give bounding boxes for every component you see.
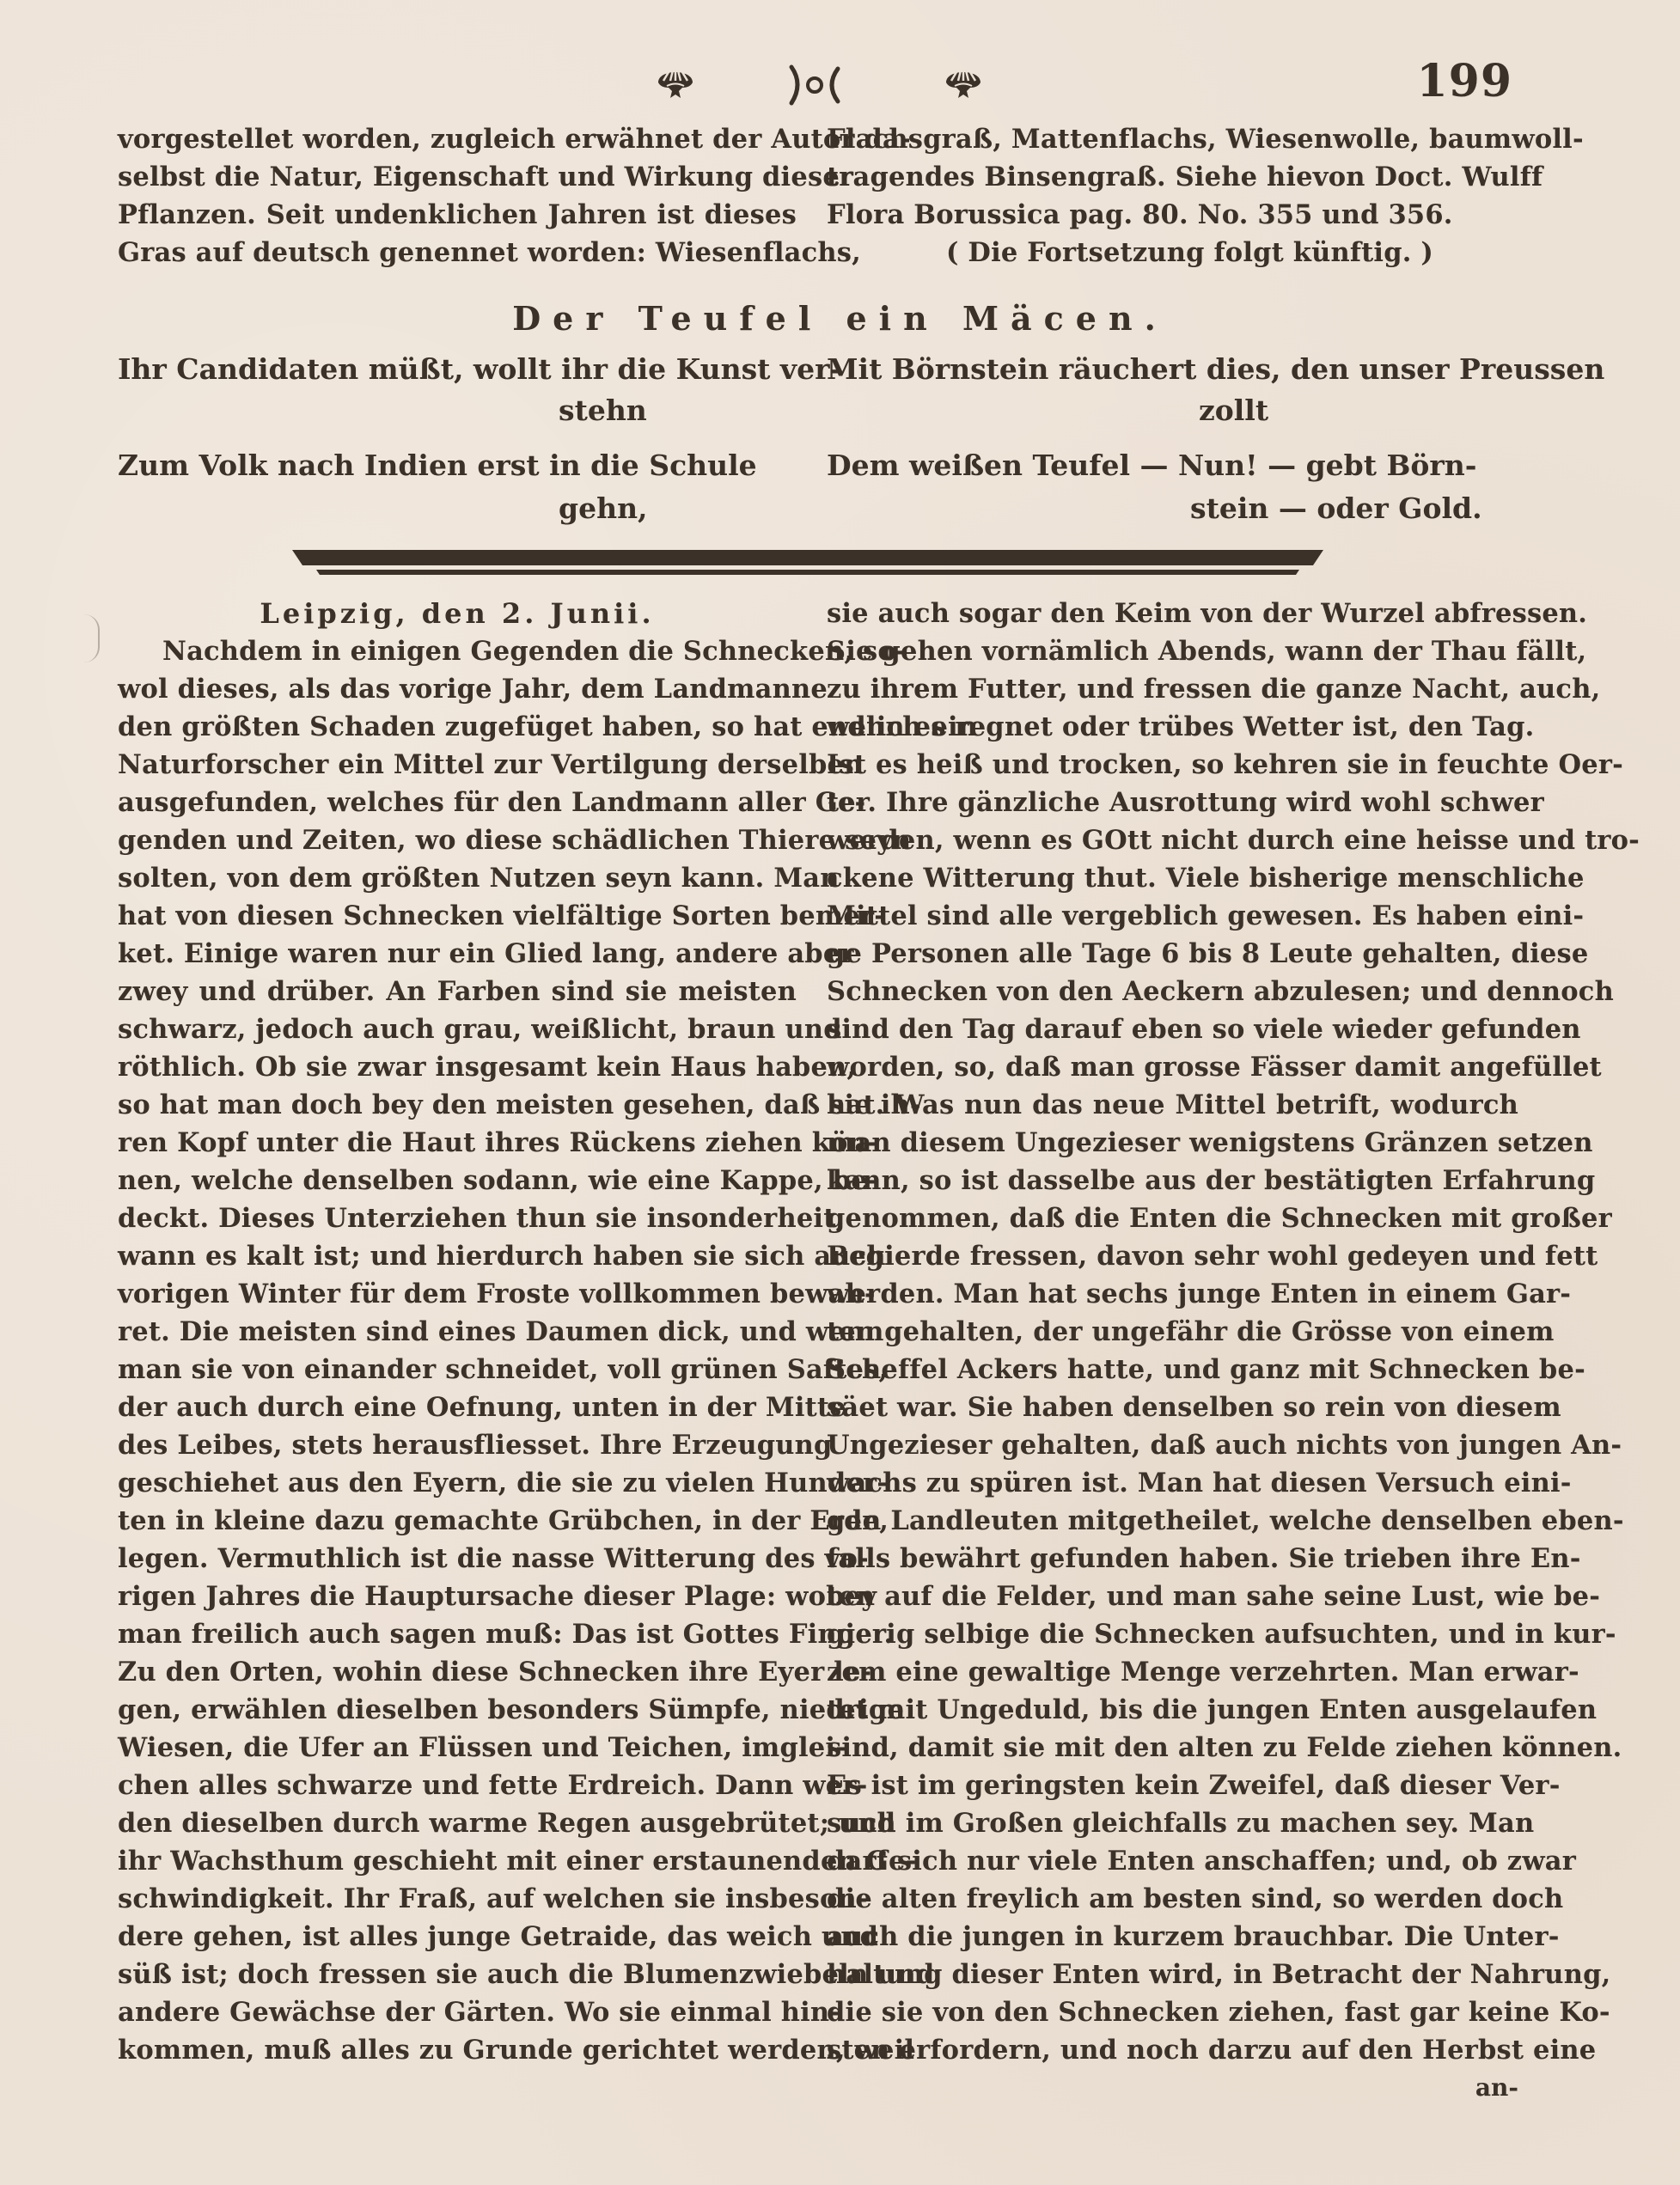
text-line: Flora Borussica pag. 80. No. 355 und 356… [827,196,1518,234]
text-line: des Leibes, stets herausfliesset. Ihre E… [118,1426,797,1464]
text-line: wol dieses, als das vorige Jahr, dem Lan… [118,670,797,708]
text-line: ge Personen alle Tage 6 bis 8 Leute geha… [827,935,1518,973]
text-line: zu ihrem Futter, und fressen die ganze N… [827,670,1518,708]
text-line: werden, wenn es GOtt nicht durch eine he… [827,821,1518,859]
text-line: Ist es heiß und trocken, so kehren sie i… [827,746,1518,784]
margin-mark [84,614,100,662]
text-line: den größten Schaden zugefüget haben, so … [118,708,797,746]
text-line: worden, so, daß man grosse Fässer damit … [827,1048,1518,1086]
poem-verse: Zum Volk nach Indien erst in die Schule [118,449,757,482]
text-line: rigen Jahres die Hauptursache dieser Pla… [118,1578,797,1615]
text-line: sten erfordern, und noch darzu auf den H… [827,2031,1518,2069]
text-line: selbst die Natur, Eigenschaft und Wirkun… [118,158,797,196]
to-be-continued-note: ( Die Fortsetzung folgt künftig. ) [827,234,1518,272]
text-line: gen Landleuten mitgetheilet, welche dens… [827,1502,1518,1540]
text-line: schwindigkeit. Ihr Fraß, auf welchen sie… [118,1880,797,1918]
text-line: legen. Vermuthlich ist die nasse Witteru… [118,1540,797,1578]
text-line: zwey und drüber. An Farben sind sie meis… [118,973,797,1010]
text-line: hat. Was nun das neue Mittel betrift, wo… [827,1086,1518,1124]
continuation-right-column: Flachsgraß, Mattenflachs, Wiesenwolle, b… [827,120,1518,272]
text-line: tet mit Ungeduld, bis die jungen Enten a… [827,1691,1518,1729]
text-line: Sie gehen vornämlich Abends, wann der Th… [827,632,1518,670]
text-line: tragendes Binsengraß. Siehe hievon Doct.… [827,158,1518,196]
page-header: 199 [0,52,1680,120]
poem-verse-continuation: stehn [559,394,647,427]
article-right-column: sie auch sogar den Keim von der Wurzel a… [827,595,1518,2107]
text-line: man freilich auch sagen muß: Das ist Got… [118,1615,797,1653]
text-line: ren Kopf unter die Haut ihres Rückens zi… [118,1124,797,1162]
text-line: zem eine gewaltige Menge verzehrten. Man… [827,1653,1518,1691]
text-line: solten, von dem größten Nutzen seyn kann… [118,859,797,897]
text-line: darf sich nur viele Enten anschaffen; un… [827,1842,1518,1880]
text-line: sind, damit sie mit den alten zu Felde z… [827,1729,1518,1767]
text-line: Mittel sind alle vergeblich gewesen. Es … [827,897,1518,935]
text-line: deckt. Dieses Unterziehen thun sie inson… [118,1199,797,1237]
text-line: ten auf die Felder, und man sahe seine L… [827,1578,1518,1615]
poem-verse-continuation: stein — oder Gold. [1190,491,1482,525]
shell-ornament-icon [941,60,986,105]
text-line: ter. Ihre gänzliche Ausrottung wird wohl… [827,784,1518,821]
text-line: Pflanzen. Seit undenklichen Jahren ist d… [118,196,797,234]
continuation-left-column: vorgestellet worden, zugleich erwähnet d… [118,120,797,272]
text-line: falls bewährt gefunden haben. Sie triebe… [827,1540,1518,1578]
text-line: andere Gewächse der Gärten. Wo sie einma… [118,1993,797,2031]
text-line: ten in kleine dazu gemachte Grübchen, in… [118,1502,797,1540]
text-line: Es ist im geringsten kein Zweifel, daß d… [827,1767,1518,1804]
text-line: Naturforscher ein Mittel zur Vertilgung … [118,746,797,784]
text-line: Scheffel Ackers hatte, und ganz mit Schn… [827,1351,1518,1389]
text-line: Schnecken von den Aeckern abzulesen; und… [827,973,1518,1010]
text-line: wenn es regnet oder trübes Wetter ist, d… [827,708,1518,746]
shell-ornament-icon [653,60,698,105]
dateline: Leipzig, den 2. Junii. [118,595,797,632]
newspaper-page: 199 vorgestellet worden, zugleich erwähn… [0,0,1680,2185]
poem-verse: Dem weißen Teufel — Nun! — gebt Börn- [827,449,1476,482]
text-line: ret. Die meisten sind eines Daumen dick,… [118,1313,797,1351]
text-line: gierig selbige die Schnecken aufsuchten,… [827,1615,1518,1653]
text-line: die sie von den Schnecken ziehen, fast g… [827,1993,1518,2031]
text-line: nen, welche denselben sodann, wie eine K… [118,1162,797,1199]
catchword: an- [827,2069,1518,2107]
text-line: auch die jungen in kurzem brauchbar. Die… [827,1918,1518,1956]
text-line: ihr Wachsthum geschieht mit einer erstau… [118,1842,797,1880]
poem-verse-continuation: gehn, [559,491,648,525]
text-line: der auch durch eine Oefnung, unten in de… [118,1389,797,1426]
section-divider-rule [292,550,1323,579]
moon-ornament-icon [786,64,843,107]
text-line: Gras auf deutsch genennet worden: Wiesen… [118,234,797,272]
page-number: 199 [1416,55,1512,107]
text-line: ket. Einige waren nur ein Glied lang, an… [118,935,797,973]
poem-verse: Ihr Candidaten müßt, wollt ihr die Kunst… [118,352,841,386]
text-line: schwarz, jedoch auch grau, weißlicht, br… [118,1010,797,1048]
text-line: sie auch sogar den Keim von der Wurzel a… [827,595,1518,632]
text-line: man sie von einander schneidet, voll grü… [118,1351,797,1389]
text-line: süß ist; doch fressen sie auch die Blume… [118,1956,797,1993]
text-line: den dieselben durch warme Regen ausgebrü… [118,1804,797,1842]
text-line: dere gehen, ist alles junge Getraide, da… [118,1918,797,1956]
text-line: ausgefunden, welches für den Landmann al… [118,784,797,821]
text-line: genommen, daß die Enten die Schnecken mi… [827,1199,1518,1237]
text-line: röthlich. Ob sie zwar insgesamt kein Hau… [118,1048,797,1086]
text-line: werden. Man hat sechs junge Enten in ein… [827,1275,1518,1313]
text-line: wachs zu spüren ist. Man hat diesen Vers… [827,1464,1518,1502]
text-line: wann es kalt ist; und hierdurch haben si… [118,1237,797,1275]
text-line: chen alles schwarze und fette Erdreich. … [118,1767,797,1804]
text-line: Zu den Orten, wohin diese Schnecken ihre… [118,1653,797,1691]
poem-title: Der Teufel ein Mäcen. [0,299,1680,338]
text-line: die alten freylich am besten sind, so we… [827,1880,1518,1918]
poem-verse-continuation: zollt [1199,394,1268,427]
text-line: säet war. Sie haben denselben so rein vo… [827,1389,1518,1426]
text-line: vorgestellet worden, zugleich erwähnet d… [118,120,797,158]
text-line: kann, so ist dasselbe aus der bestätigte… [827,1162,1518,1199]
poem-verse: Mit Börnstein räuchert dies, den unser P… [827,352,1604,386]
text-line: ckene Witterung thut. Viele bisherige me… [827,859,1518,897]
text-line: ten gehalten, der ungefähr die Grösse vo… [827,1313,1518,1351]
text-line: Flachsgraß, Mattenflachs, Wiesenwolle, b… [827,120,1518,158]
text-line: Nachdem in einigen Gegenden die Schnecke… [118,632,797,670]
text-line: sind den Tag darauf eben so viele wieder… [827,1010,1518,1048]
article-left-column: Leipzig, den 2. Junii. Nachdem in einige… [118,595,797,2069]
text-line: geschiehet aus den Eyern, die sie zu vie… [118,1464,797,1502]
text-line: kommen, muß alles zu Grunde gerichtet we… [118,2031,797,2069]
text-line: gen, erwählen dieselben besonders Sümpfe… [118,1691,797,1729]
text-line: Begierde fressen, davon sehr wohl gedeye… [827,1237,1518,1275]
text-line: man diesem Ungezieser wenigstens Gränzen… [827,1124,1518,1162]
text-line: so hat man doch bey den meisten gesehen,… [118,1086,797,1124]
text-line: haltung dieser Enten wird, in Betracht d… [827,1956,1518,1993]
text-line: vorigen Winter für dem Froste vollkommen… [118,1275,797,1313]
text-line: Ungezieser gehalten, daß auch nichts von… [827,1426,1518,1464]
text-line: such im Großen gleichfalls zu machen sey… [827,1804,1518,1842]
text-line: hat von diesen Schnecken vielfältige Sor… [118,897,797,935]
text-line: Wiesen, die Ufer an Flüssen und Teichen,… [118,1729,797,1767]
text-line: genden und Zeiten, wo diese schädlichen … [118,821,797,859]
